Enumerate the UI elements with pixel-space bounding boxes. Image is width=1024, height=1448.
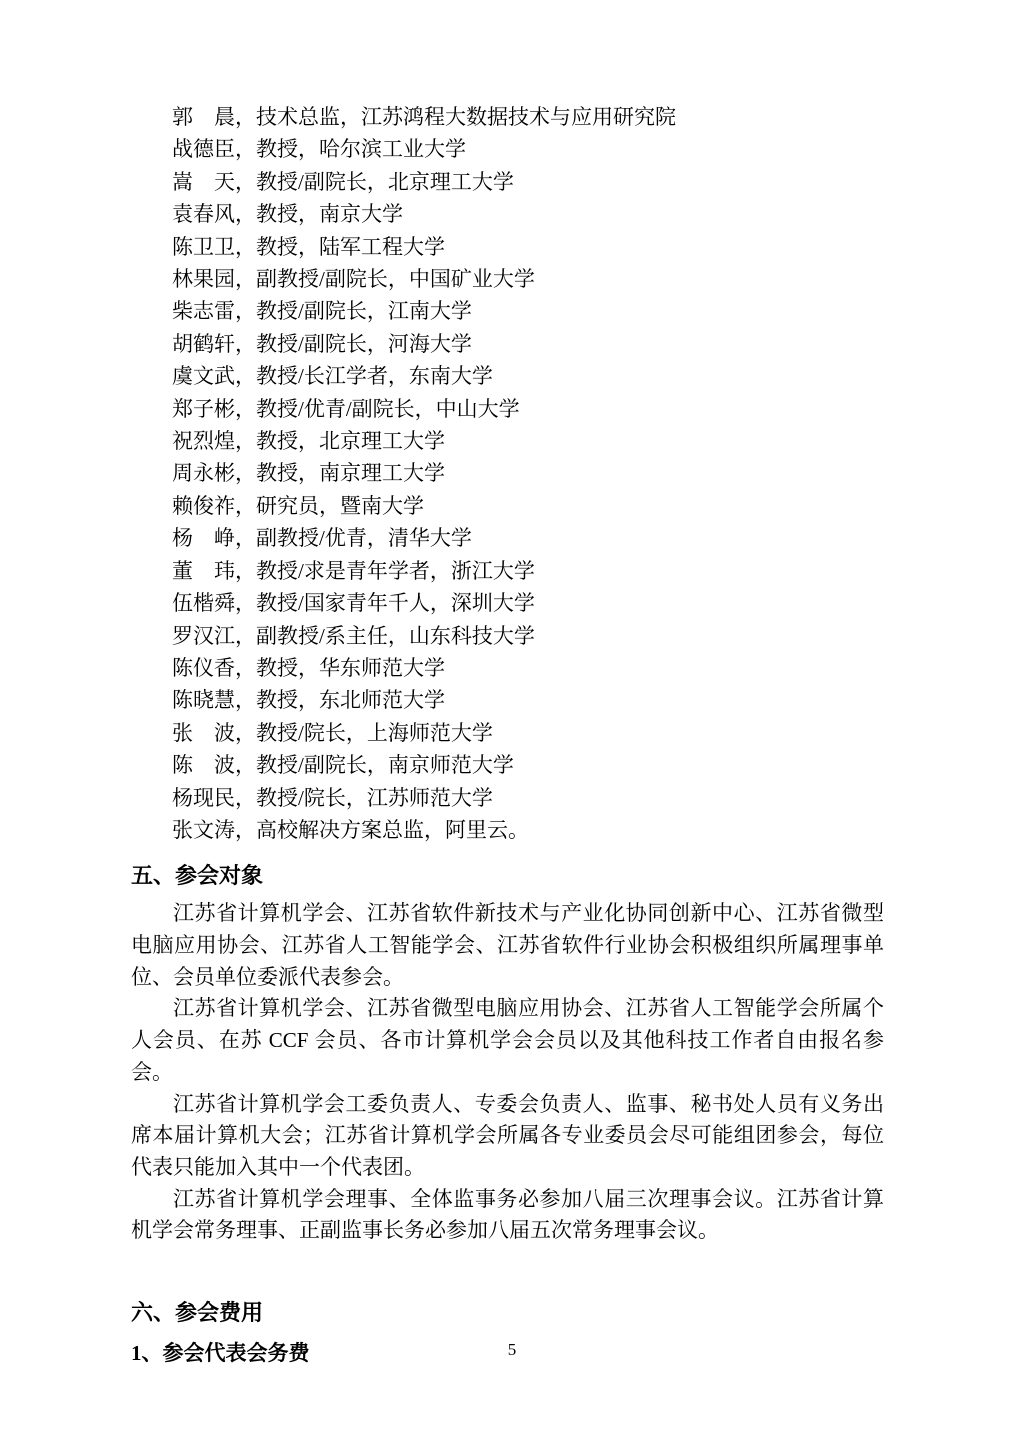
committee-member-line: 陈晓慧，教授，东北师范大学 — [131, 684, 884, 716]
document-content: 郭 晨，技术总监，江苏鸿程大数据技术与应用研究院 战德臣，教授，哈尔滨工业大学 … — [131, 0, 884, 1366]
committee-member-line: 郑子彬，教授/优青/副院长，中山大学 — [131, 393, 884, 425]
committee-member-line: 陈仪香，教授，华东师范大学 — [131, 652, 884, 684]
participants-section-body: 江苏省计算机学会、江苏省软件新技术与产业化协同创新中心、江苏省微型电脑应用协会、… — [131, 898, 884, 1247]
committee-member-line: 张 波，教授/院长，上海师范大学 — [131, 717, 884, 749]
committee-member-line: 郭 晨，技术总监，江苏鸿程大数据技术与应用研究院 — [131, 101, 884, 133]
committee-member-line: 战德臣，教授，哈尔滨工业大学 — [131, 133, 884, 165]
committee-member-line: 赖俊祚，研究员，暨南大学 — [131, 490, 884, 522]
committee-member-line: 陈卫卫，教授，陆军工程大学 — [131, 231, 884, 263]
committee-member-line: 虞文武，教授/长江学者，东南大学 — [131, 360, 884, 392]
participants-paragraph: 江苏省计算机学会工委负责人、专委会负责人、监事、秘书处人员有义务出席本届计算机大… — [131, 1089, 884, 1184]
committee-member-line: 袁春风，教授，南京大学 — [131, 198, 884, 230]
committee-member-line: 杨 峥，副教授/优青，清华大学 — [131, 522, 884, 554]
committee-member-line: 张文涛，高校解决方案总监，阿里云。 — [131, 814, 884, 846]
committee-member-line: 胡鹤轩，教授/副院长，河海大学 — [131, 328, 884, 360]
committee-member-line: 嵩 天，教授/副院长，北京理工大学 — [131, 166, 884, 198]
committee-member-line: 祝烈煌，教授，北京理工大学 — [131, 425, 884, 457]
section-heading-participants: 五、参会对象 — [131, 863, 884, 889]
section-heading-fees: 六、参会费用 — [131, 1300, 884, 1326]
committee-member-line: 周永彬，教授，南京理工大学 — [131, 457, 884, 489]
committee-member-list: 郭 晨，技术总监，江苏鸿程大数据技术与应用研究院 战德臣，教授，哈尔滨工业大学 … — [131, 0, 884, 846]
document-page: 郭 晨，技术总监，江苏鸿程大数据技术与应用研究院 战德臣，教授，哈尔滨工业大学 … — [0, 0, 1024, 1448]
committee-member-line: 罗汉江，副教授/系主任，山东科技大学 — [131, 620, 884, 652]
committee-member-line: 林果园，副教授/副院长，中国矿业大学 — [131, 263, 884, 295]
committee-member-line: 柴志雷，教授/副院长，江南大学 — [131, 295, 884, 327]
committee-member-line: 陈 波，教授/副院长，南京师范大学 — [131, 749, 884, 781]
committee-member-line: 杨现民，教授/院长，江苏师范大学 — [131, 782, 884, 814]
participants-paragraph: 江苏省计算机学会、江苏省软件新技术与产业化协同创新中心、江苏省微型电脑应用协会、… — [131, 898, 884, 993]
committee-member-line: 伍楷舜，教授/国家青年千人，深圳大学 — [131, 587, 884, 619]
page-number: 5 — [0, 1340, 1024, 1360]
participants-paragraph: 江苏省计算机学会、江苏省微型电脑应用协会、江苏省人工智能学会所属个人会员、在苏 … — [131, 993, 884, 1088]
participants-paragraph: 江苏省计算机学会理事、全体监事务必参加八届三次理事会议。江苏省计算机学会常务理事… — [131, 1184, 884, 1247]
committee-member-line: 董 玮，教授/求是青年学者，浙江大学 — [131, 555, 884, 587]
